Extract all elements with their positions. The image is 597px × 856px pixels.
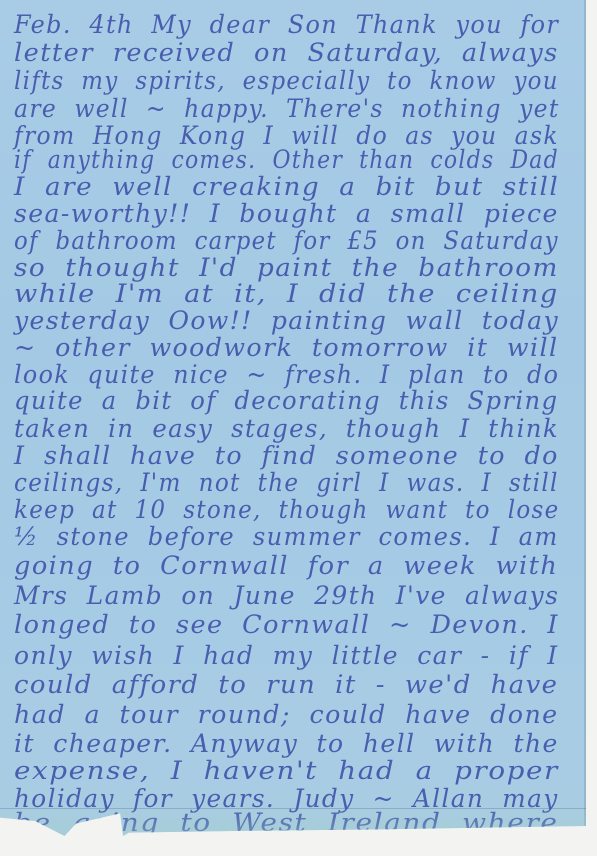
letter-line-30: be going to West Ireland where [14,808,559,837]
letter-line-2: letter received on Saturday, always [14,38,559,67]
letter-line-1: Feb. 4th My dear Son Thank you for [14,10,559,39]
letter-line-11: while I'm at it, I did the ceiling [14,279,559,308]
letter-line-20: ½ stone before summer comes. I am [14,522,559,551]
letter-line-27: it cheaper. Anyway to hell with the [14,729,559,758]
letter-line-7: I are well creaking a bit but still [14,172,559,201]
letter-line-26: had a tour round; could have done [14,700,559,729]
letter-line-18: ceilings, I'm not the girl I was. I stil… [14,468,559,497]
letter-line-16: taken in easy stages, though I think [14,414,559,443]
letter-line-22: Mrs Lamb on June 29th I've always [14,581,559,610]
letter-line-25: could afford to run it - we'd have [14,670,558,699]
letter-line-24: only wish I had my little car - if I [14,641,559,670]
letter-line-28: expense, I haven't had a proper [14,756,559,785]
letter-line-8: sea-worthy!! I bought a small piece [14,199,559,228]
letter-line-29: holiday for years. Judy ~ Allan may [14,784,559,813]
letter-line-17: I shall have to find someone to do [14,441,559,470]
letter-line-3: lifts my spirits, especially to know you [14,66,559,95]
letter-line-21: going to Cornwall for a week with [14,551,558,580]
letter-line-14: look quite nice ~ fresh. I plan to do [14,360,559,389]
letter-line-23: longed to see Cornwall ~ Devon. I [14,610,559,639]
scanned-letter: Feb. 4th My dear Son Thank you for lette… [0,0,597,856]
letter-line-4: are well ~ happy. There's nothing yet [14,94,560,123]
letter-line-12: yesterday Oow!! painting wall today [14,306,559,335]
letter-line-13: ~ other woodwork tomorrow it will [14,333,558,362]
airmail-paper-sheet: Feb. 4th My dear Son Thank you for lette… [0,0,586,836]
letter-line-10: so thought I'd paint the bathroom [14,253,559,282]
letter-line-19: keep at 10 stone, though want to lose [14,495,560,524]
letter-line-9: of bathroom carpet for £5 on Saturday [14,226,559,255]
paper-fold-crease [0,808,586,809]
letter-line-15: quite a bit of decorating this Spring [14,386,558,415]
letter-line-6: if anything comes. Other than colds Dad [14,145,559,174]
paper-right-edge [584,0,586,830]
